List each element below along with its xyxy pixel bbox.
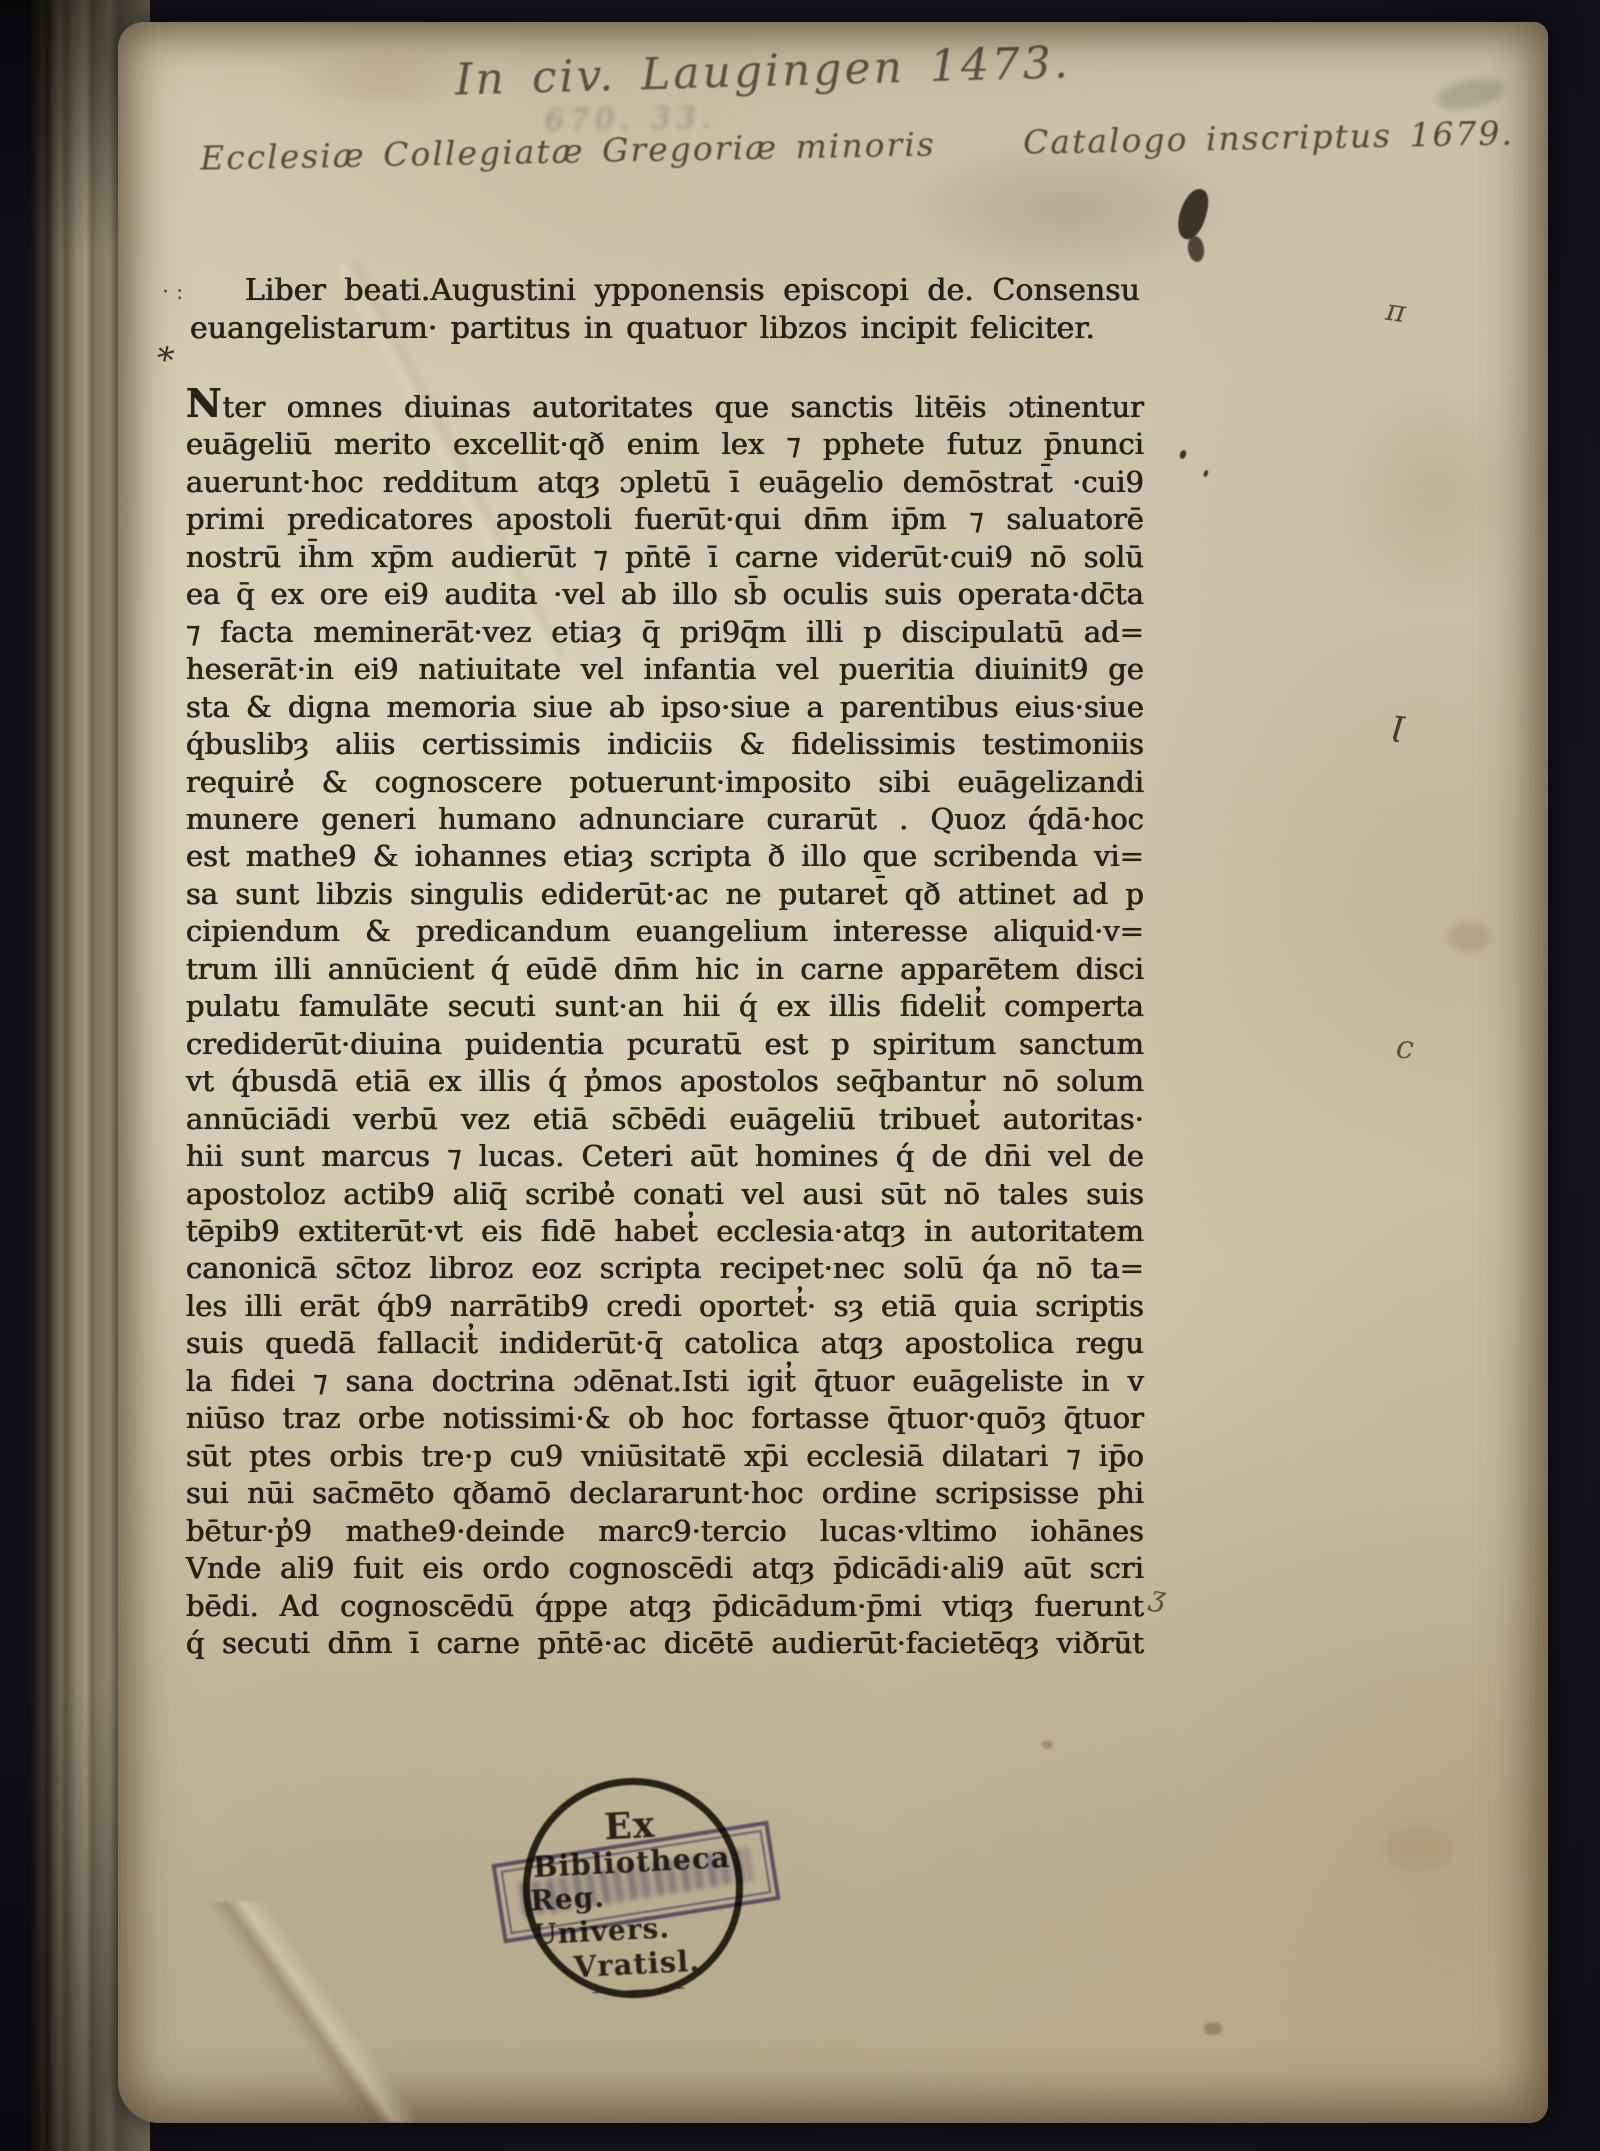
text-line: annūciādi verbū vez etiā sc̄bēdi euāgeli… [186,1101,1144,1138]
stain-bottom-right [1384,1826,1454,1872]
handwritten-provenance-top: In civ. Laugingen 1473. [454,37,1071,105]
text-line: sui nūi sac̄mēto qðamō declararunt·hoc o… [186,1475,1144,1512]
ink-flecks [1179,449,1188,460]
text-line: ⁊ facta meminerāt·vez etiaȝ q̄ pri9q̄m i… [186,614,1144,651]
book-page: In civ. Laugingen 1473. 670. 33. Ecclesi… [118,22,1548,2123]
text-line: bēdi. Ad cognoscēdū q́ppe atqȝ p̄dicādum… [186,1588,1144,1625]
handwritten-exlibris-inscription: Ecclesiæ Collegiatæ Gregoriæ minoris Cat… [200,113,1515,177]
text-line: cipiendum & predicandum euangelium inter… [186,913,1144,950]
text-line: auerunt·hoc redditum atqȝ ɔpletū ī euāge… [186,464,1144,501]
stamp-rule [592,1987,684,1993]
text-line: trum illi annūcient q́ eūdē dn̄m hic in … [186,951,1144,988]
margin-squiggle-mark: ʒ [1147,1579,1168,1614]
text-line: ea q̄ ex ore ei9 audita ·vel ab illo sb̄… [186,576,1144,613]
main-text-block: Nter omnes diuinas autoritates que sanct… [186,386,1144,1662]
text-line: la fidei ⁊ sana doctrina ɔdēnat.Isti igi… [186,1363,1144,1400]
text-line: sa sunt libzis singulis ediderūt·ac ne p… [186,876,1144,913]
text-line: canonicā sc̄toz libroz eoz scripta recip… [186,1250,1144,1287]
text-line: q́buslibȝ aliis certissimis indiciis & f… [186,726,1144,763]
stain-right-margin [1338,372,1538,612]
margin-pi-mark: π [1384,293,1408,330]
margin-c-mark: c [1395,1027,1416,1066]
text-line: apostoloz actib9 aliq̄ scribe̓ conati ve… [186,1176,1144,1213]
foxing-spot-bottom [1204,2022,1222,2035]
text-line: est mathe9 & iohannes etiaȝ scripta ð il… [186,838,1144,875]
margin-dots-mark: · : [162,280,183,305]
smudge-top-right-corner [1434,73,1508,115]
incipit-line: Liber beati.Augustini ypponensis episcop… [190,272,1140,310]
ink-blot [1174,186,1212,243]
text-line: munere generi humano adnunciare curarūt … [186,801,1144,838]
text-line: euāgeliū merito excellit·qð enim lex ⁊ p… [186,426,1144,463]
margin-hook-mark: Ɩ [1388,709,1406,751]
text-line: vt q́busdā etiā ex illis q́ p̓mos aposto… [186,1063,1144,1100]
text-line: primi predicatores apostoli fuerūt·qui d… [186,501,1144,538]
text-line: pulatu famulāte secuti sunt·an hii q́ ex… [186,988,1144,1025]
text-line: les illi erāt q́b9 narrātib9 credi oport… [186,1288,1144,1325]
text-line: tēpib9 extiterūt·vt eis fidē habet̓ eccl… [186,1213,1144,1250]
text-line: Nter omnes diuinas autoritates que sanct… [186,386,1144,426]
photo-background: In civ. Laugingen 1473. 670. 33. Ecclesi… [0,0,1600,2151]
foxing-spot-right [1448,922,1490,952]
text-line: sta & digna memoria siue ab ipso·siue a … [186,689,1144,726]
text-line: heserāt·in ei9 natiuitate vel infantia v… [186,651,1144,688]
text-line: bētur·p̓9 mathe9·deinde marc9·tercio luc… [186,1513,1144,1550]
printed-incipit: Liber beati.Augustini ypponensis episcop… [190,272,1140,348]
text-line: require̓ & cognoscere potuerunt·imposito… [186,764,1144,801]
ink-blot-small [1186,235,1205,263]
text-line: crediderūt·diuina puidentia pcuratū est … [186,1026,1144,1063]
stamp-line: Vratisl. [573,1944,701,1985]
text-line: q́ secuti dn̄m ī carne pn̄tē·ac dicētē a… [186,1625,1144,1662]
text-line: niūso traz orbe notissimi·& ob hoc forta… [186,1400,1144,1437]
paper-crease-bottom-left [128,1902,488,2122]
text-line: suis quedā fallacit̓ indiderūt·q̄ catoli… [186,1325,1144,1362]
incipit-line: euangelistarum· partitus in quatuor libz… [190,310,1095,348]
margin-asterisk-mark: * [152,339,177,382]
text-line: nostrū ih̄m xp̄m audierūt ⁊ pn̄tē ī carn… [186,539,1144,576]
text-line: sūt ptes orbis tre·p cu9 vniūsitatē xp̄i… [186,1438,1144,1475]
text-line: hii sunt marcus ⁊ lucas. Ceteri aūt homi… [186,1138,1144,1175]
text-line: Vnde ali9 fuit eis ordo cognoscēdi atqȝ … [186,1550,1144,1587]
foxing-spot-small [1042,1740,1053,1749]
